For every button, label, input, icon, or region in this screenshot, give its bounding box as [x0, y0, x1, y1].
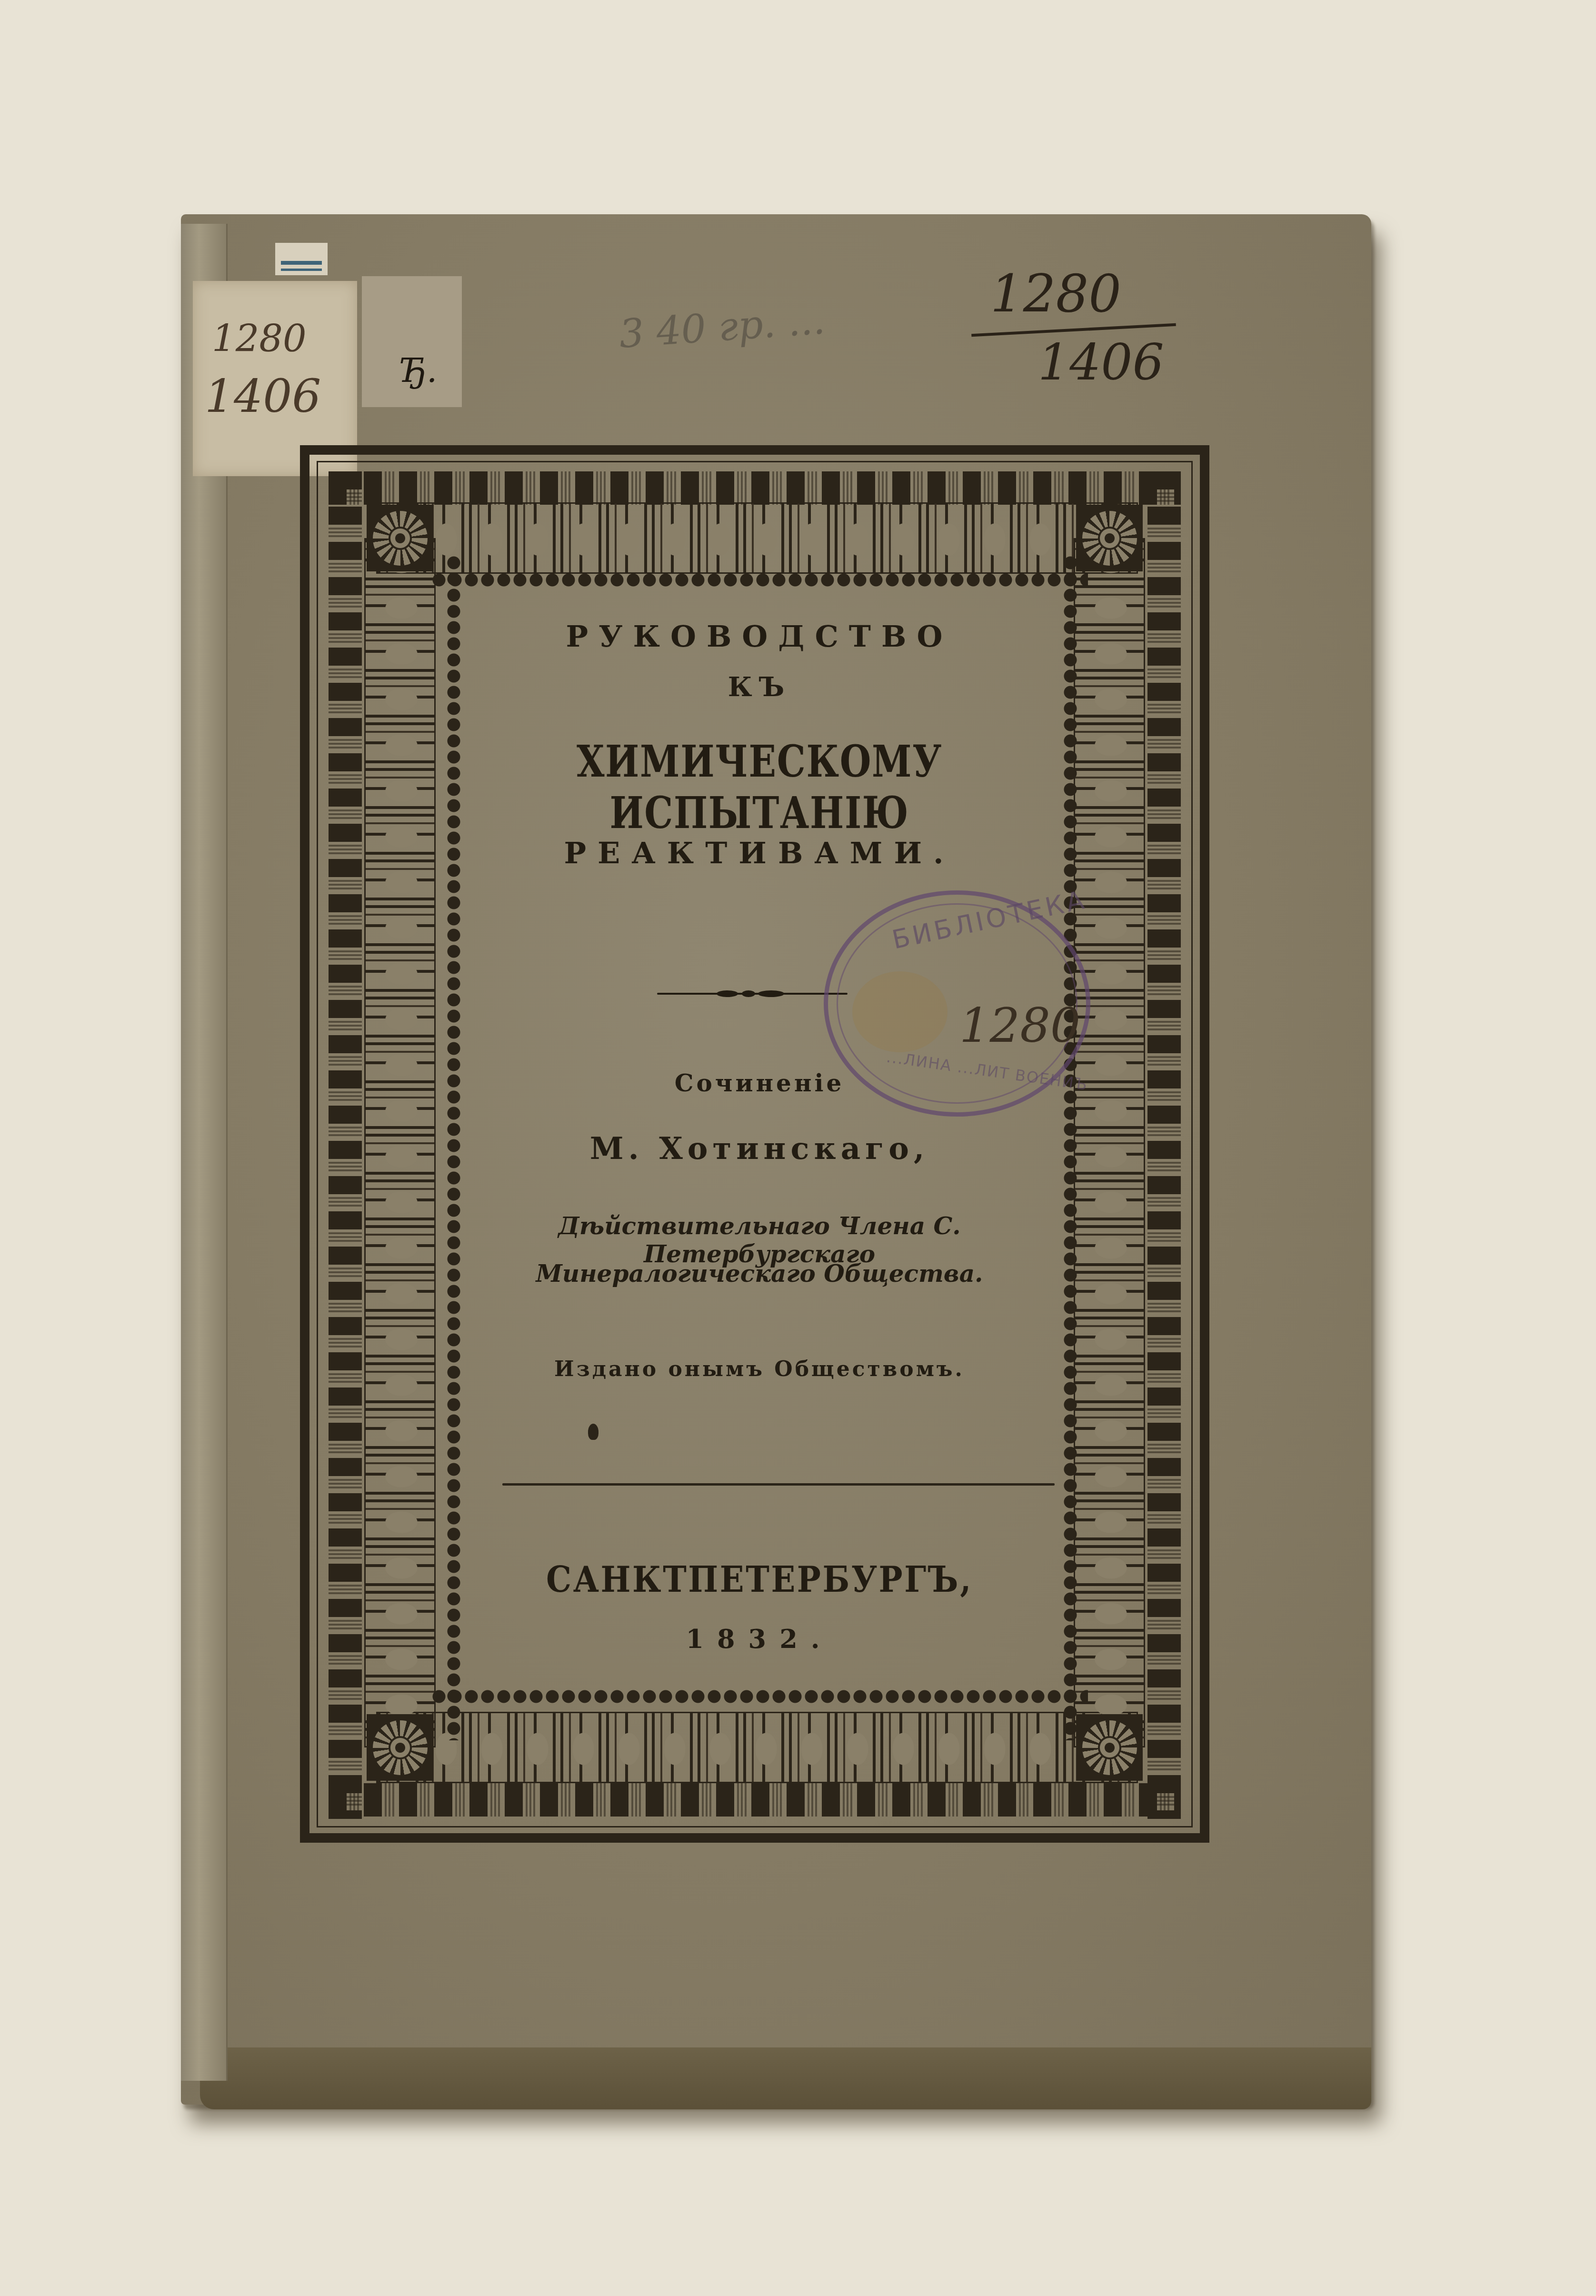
place-of-publication: САНКТПЕТЕРБУРГЪ,: [477, 1559, 1042, 1600]
spine-label-number-2: 1406: [205, 371, 321, 422]
paper-patch: Ђ.: [362, 276, 462, 407]
chevron-border-top: [329, 471, 1181, 505]
acanthus-border-right: [1074, 538, 1145, 1747]
title-line-4: РЕАКТИВАМИ.: [445, 836, 1074, 870]
spine-label-number-1: 1280: [212, 319, 307, 360]
book-spine: [181, 224, 228, 2081]
title-page: РУКОВОДСТВО КЪ ХИМИЧЕСКОМУ ИСПЫТАНІЮ РЕА…: [445, 571, 1074, 1724]
rosette-icon-top-right: [1076, 505, 1143, 571]
book-page-edge: [200, 2047, 1371, 2109]
acanthus-border-top: [376, 502, 1138, 574]
acanthus-border-left: [364, 538, 436, 1747]
title-line-3: ХИМИЧЕСКОМУ ИСПЫТАНІЮ: [502, 736, 1017, 839]
handwritten-number-top: 1280: [990, 264, 1121, 324]
chevron-border-bottom: [329, 1783, 1181, 1817]
patch-mark: Ђ.: [400, 352, 437, 389]
rosette-icon-bottom-right: [1076, 1714, 1143, 1781]
chevron-border-right: [1147, 471, 1181, 1819]
ornamental-divider: [657, 990, 848, 997]
rosette-icon-bottom-left: [367, 1714, 433, 1781]
library-stamp-number: 1280: [959, 998, 1081, 1053]
publisher-line: Издано онымъ Обществомъ.: [445, 1357, 1074, 1381]
author-title-2: Минералогическаго Общества.: [445, 1259, 1074, 1288]
publication-year: 1832.: [445, 1624, 1074, 1654]
title-line-2: КЪ: [445, 671, 1074, 703]
author-name: М. Хотинскаго,: [445, 1131, 1074, 1167]
crown-stamp-icon: [275, 243, 328, 275]
rosette-icon-top-left: [367, 505, 433, 571]
ink-spot: [588, 1424, 598, 1440]
title-line-1: РУКОВОДСТВО: [445, 619, 1074, 654]
handwritten-number-bottom: 1406: [1038, 333, 1164, 391]
chevron-border-left: [329, 471, 362, 1819]
horizontal-rule: [502, 1483, 1055, 1486]
